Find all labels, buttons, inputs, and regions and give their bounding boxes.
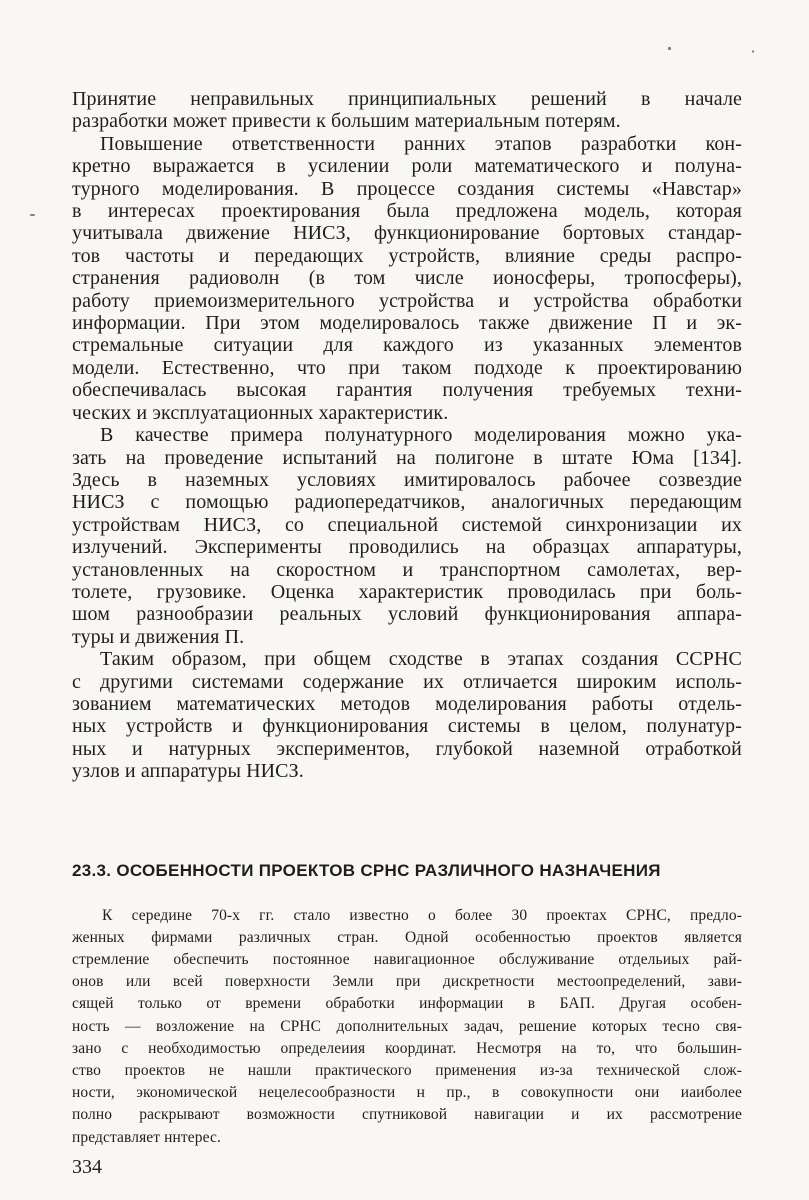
text-line: учитывала движение НИСЗ, функционировани… [72, 222, 742, 244]
text-line: К середине 70-х гг. стало известно о бол… [72, 905, 742, 927]
text-line: Здесь в наземных условиях имитировалось … [72, 469, 742, 491]
page-content: Принятие неправильных принципиальных реш… [72, 88, 742, 1179]
text-line: туры и движения П. [72, 626, 742, 648]
page-number: 334 [72, 1156, 742, 1179]
text-line: турного моделирования. В процессе создан… [72, 178, 742, 200]
text-line: ность — возложение на СРНС дополнительны… [72, 1016, 742, 1038]
body-text: Принятие неправильных принципиальных реш… [72, 88, 742, 783]
text-line: толете, грузовике. Оценка характеристик … [72, 581, 742, 603]
text-line: ство проектов не нашли практического при… [72, 1060, 742, 1082]
text-line: сящей только от времени обработки информ… [72, 993, 742, 1015]
text-line: шом разнообразии реальных условий функци… [72, 603, 742, 625]
text-line: ных и натурных экспериментов, глубокой н… [72, 738, 742, 760]
paragraph: В качестве примера полунатурного моделир… [72, 424, 742, 648]
text-line: кретно выражается в усилении роли матема… [72, 155, 742, 177]
text-line: онов или всей поверхности Земли при диск… [72, 971, 742, 993]
text-line: зованием математических методов моделиро… [72, 693, 742, 715]
text-line: стремальные ситуации для каждого из указ… [72, 334, 742, 356]
text-line: установленных на скоростном и транспортн… [72, 559, 742, 581]
section-paragraph: К середине 70-х гг. стало известно о бол… [72, 905, 742, 1149]
text-line: зано с необходимостью определеиия коорди… [72, 1038, 742, 1060]
paragraph: К середине 70-х гг. стало известно о бол… [72, 905, 742, 1149]
text-line: разработки может привести к большим мате… [72, 110, 742, 132]
text-line: Принятие неправильных принципиальных реш… [72, 88, 742, 110]
section-heading: 23.3. ОСОБЕННОСТИ ПРОЕКТОВ СРНС РАЗЛИЧНО… [72, 861, 742, 881]
text-line: Таким образом, при общем сходстве в этап… [72, 648, 742, 670]
text-line: информации. При этом моделировалось такж… [72, 312, 742, 334]
text-line: представляет ннтерес. [72, 1127, 742, 1149]
text-line: Повышение ответственности ранних этапов … [72, 133, 742, 155]
text-line: с другими системами содержание их отлича… [72, 671, 742, 693]
text-line: странения радиоволн (в том числе ионосфе… [72, 267, 742, 289]
text-line: ческих и эксплуатационных характеристик. [72, 402, 742, 424]
text-line: ности, экономической нецелесообразности … [72, 1082, 742, 1104]
text-line: обеспечивалась высокая гарантия получени… [72, 379, 742, 401]
text-line: ных устройств и функционирования системы… [72, 715, 742, 737]
scan-speck [668, 47, 671, 50]
text-line: в интересах проектирования была предложе… [72, 200, 742, 222]
scan-speck [752, 50, 754, 53]
paragraph: Таким образом, при общем сходстве в этап… [72, 648, 742, 782]
text-line: устройствам НИСЗ, со специальной системо… [72, 514, 742, 536]
text-line: тов частоты и передающих устройств, влия… [72, 245, 742, 267]
text-line: излучений. Эксперименты проводились на о… [72, 536, 742, 558]
paragraph: Принятие неправильных принципиальных реш… [72, 88, 742, 133]
text-line: узлов и аппаратуры НИСЗ. [72, 760, 742, 782]
text-line: женных фирмами различных стран. Одной ос… [72, 927, 742, 949]
book-page: Принятие неправильных принципиальных реш… [0, 0, 809, 1200]
scan-speck [30, 214, 35, 216]
text-line: модели. Естественно, что при таком подхо… [72, 357, 742, 379]
text-line: работу приемоизмерительного устройства и… [72, 290, 742, 312]
text-line: НИСЗ с помощью радиопередатчиков, аналог… [72, 491, 742, 513]
text-line: зать на проведение испытаний на полигоне… [72, 447, 742, 469]
text-line: В качестве примера полунатурного моделир… [72, 424, 742, 446]
text-line: стремление обеспечить постоянное навигац… [72, 949, 742, 971]
paragraph: Повышение ответственности ранних этапов … [72, 133, 742, 424]
text-line: полно раскрывают возможности спутниковой… [72, 1104, 742, 1126]
